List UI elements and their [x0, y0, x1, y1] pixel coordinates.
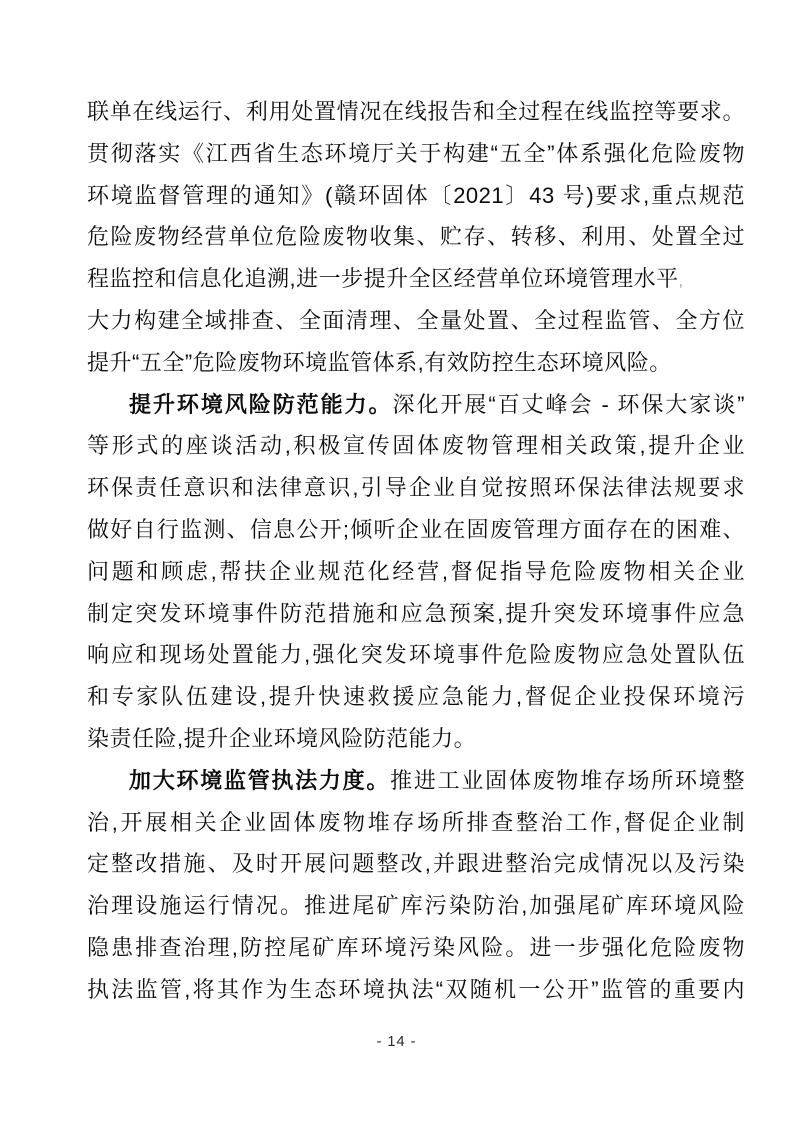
- text-line: 隐患排查治理,防控尾矿库环境污染风险。进一步强化危险废物: [87, 927, 745, 969]
- text-line: 治理设施运行情况。推进尾矿库污染防治,加强尾矿库环境风险: [87, 885, 745, 927]
- paragraph-risk-prevention: 提升环境风险防范能力。深化开展“百丈峰会 - 环保大家谈” 等形式的座谈活动,积…: [87, 384, 745, 760]
- text-line: 响应和现场处置能力,强化突发环境事件危险废物应急处置队伍: [87, 634, 745, 676]
- text-line: 大力构建全域排查、全面清理、全量处置、全过程监管、全方位: [87, 300, 745, 342]
- text-line: 执法监管,将其作为生态环境执法“双随机一公开”监管的重要内: [87, 969, 745, 1011]
- page-footer: - 14 -: [0, 1032, 793, 1052]
- text-line: 治,开展相关企业固体废物堆存场所排查整治工作,督促企业制: [87, 802, 745, 844]
- paragraph-lead-bold: 提升环境风险防范能力。: [129, 392, 393, 417]
- text-line: 贯彻落实《江西省生态环境厅关于构建“五全”体系强化危险废物: [87, 133, 745, 175]
- document-page: 联单在线运行、利用处置情况在线报告和全过程在线监控等要求。 贯彻落实《江西省生态…: [0, 0, 793, 1122]
- paragraph-continued: 联单在线运行、利用处置情况在线报告和全过程在线监控等要求。 贯彻落实《江西省生态…: [87, 91, 745, 384]
- paragraph-lead-bold: 加大环境监管执法力度。: [129, 768, 390, 793]
- text-line: 环境监督管理的通知》(赣环固体〔2021〕43 号)要求,重点规范: [87, 175, 745, 217]
- text-line: 等形式的座谈活动,积极宣传固体废物管理相关政策,提升企业: [87, 425, 745, 467]
- text-line: 制定突发环境事件防范措施和应急预案,提升突发环境事件应急: [87, 593, 745, 635]
- text-line: 和专家队伍建设,提升快速救援应急能力,督促企业投保环境污: [87, 676, 745, 718]
- text-line: 环保责任意识和法律意识,引导企业自觉按照环保法律法规要求: [87, 467, 745, 509]
- text-line: 做好自行监测、信息公开;倾听企业在固废管理方面存在的困难、: [87, 509, 745, 551]
- text-line: 加大环境监管执法力度。推进工业固体废物堆存场所环境整: [87, 760, 745, 802]
- text-line: 提升环境风险防范能力。深化开展“百丈峰会 - 环保大家谈”: [87, 384, 745, 426]
- text-line: 程监控和信息化追溯,进一步提升全区经营单位环境管理水平,: [87, 258, 745, 300]
- text-line: 问题和顾虑,帮扶企业规范化经营,督促指导危险废物相关企业: [87, 551, 745, 593]
- text-line: 定整改措施、及时开展问题整改,并跟进整治完成情况以及污染: [87, 843, 745, 885]
- text-run: 深化开展“百丈峰会 - 环保大家谈”: [393, 392, 745, 417]
- text-line: 危险废物经营单位危险废物收集、贮存、转移、利用、处置全过: [87, 216, 745, 258]
- text-line: 提升“五全”危险废物环境监管体系,有效防控生态环境风险。: [87, 342, 745, 384]
- text-line: 联单在线运行、利用处置情况在线报告和全过程在线监控等要求。: [87, 91, 745, 133]
- page-number: - 14 -: [377, 1034, 417, 1050]
- paragraph-enforcement: 加大环境监管执法力度。推进工业固体废物堆存场所环境整 治,开展相关企业固体废物堆…: [87, 760, 745, 1011]
- text-run: 推进工业固体废物堆存场所环境整: [390, 768, 745, 793]
- text-line: 染责任险,提升企业环境风险防范能力。: [87, 718, 745, 760]
- document-body: 联单在线运行、利用处置情况在线报告和全过程在线监控等要求。 贯彻落实《江西省生态…: [87, 91, 745, 1011]
- text-run: 程监控和信息化追溯,进一步提升全区经营单位环境管理水平: [87, 266, 679, 291]
- faint-comma-mark: ,: [679, 273, 684, 290]
